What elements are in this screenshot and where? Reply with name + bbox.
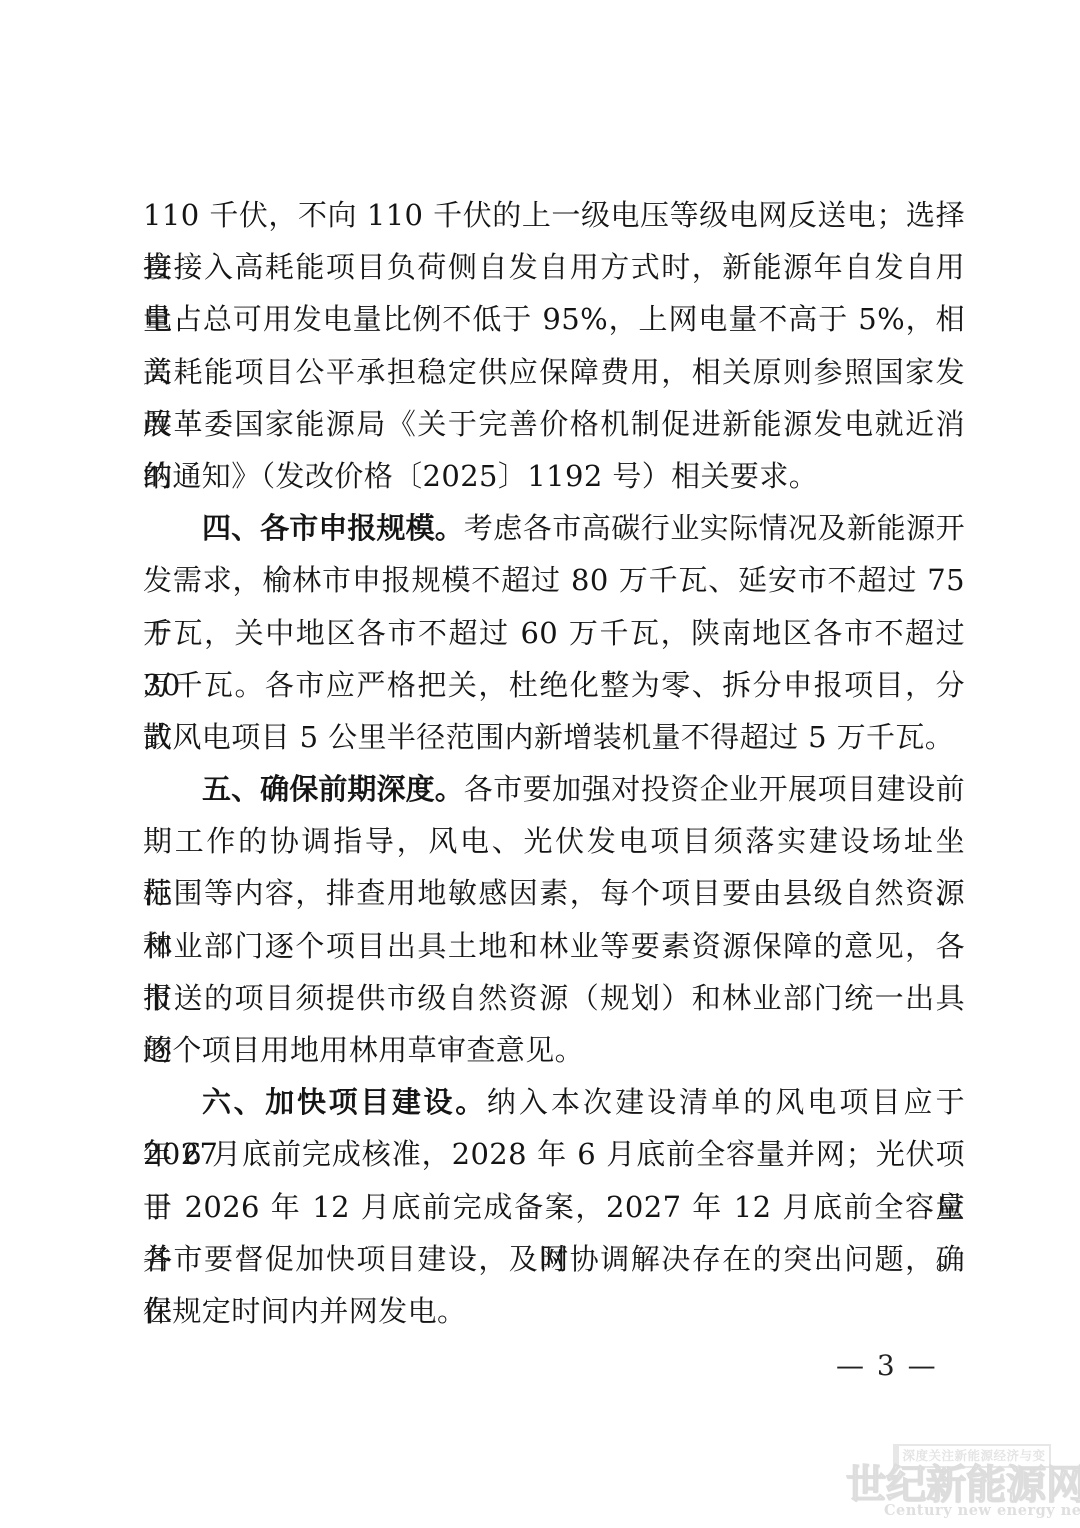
body-text: 各市要加强对投资企业开展项目建设前 [464, 772, 965, 806]
document-page: 110 千伏，不向 110 千伏的上一级电压等级电网反送电；选择直 接接入高耗能… [0, 0, 1080, 1528]
watermark-subtitle: Century new energy network [884, 1502, 1080, 1520]
body-line: 万千瓦。各市应严格把关，杜绝化整为零、拆分申报项目，分散 [143, 659, 965, 711]
body-text: 逐个项目用地用林用草审查意见。 [143, 1033, 584, 1067]
body-line-section-4: 四、各市申报规模。考虑各市高碳行业实际情况及新能源开 [143, 502, 965, 554]
body-line: 林业部门逐个项目出具土地和林业等要素资源保障的意见，各市 [143, 920, 965, 972]
body-line: 于 2026 年 12 月底前完成备案，2027 年 12 月底前全容量并网。 [143, 1181, 965, 1233]
body-line: 在规定时间内并网发电。 [143, 1285, 965, 1337]
body-line: 各市要督促加快项目建设，及时协调解决存在的突出问题，确保 [143, 1233, 965, 1285]
body-text: 式风电项目 5 公里半径范围内新增装机量不得超过 5 万千瓦。 [143, 720, 954, 754]
body-text: 考虑各市高碳行业实际情况及新能源开 [464, 511, 965, 545]
section-heading: 五、确保前期深度。 [202, 772, 464, 806]
section-heading: 四、各市申报规模。 [202, 511, 464, 545]
body-text: 的通知》（发改价格〔2025〕1192 号）相关要求。 [143, 459, 818, 493]
section-heading: 六、加快项目建设。 [202, 1085, 487, 1119]
body-line: 报送的项目须提供市级自然资源（规划）和林业部门统一出具的 [143, 972, 965, 1024]
body-line: 发需求，榆林市申报规模不超过 80 万千瓦、延安市不超过 75 万 [143, 554, 965, 606]
body-text: 在规定时间内并网发电。 [143, 1294, 466, 1328]
body-line: 逐个项目用地用林用草审查意见。 [143, 1024, 965, 1076]
body-line: 年 6 月底前完成核准，2028 年 6 月底前全容量并网；光伏项目应 [143, 1128, 965, 1180]
body-line: 千瓦，关中地区各市不超过 60 万千瓦，陕南地区各市不超过 30 [143, 607, 965, 659]
document-body: 110 千伏，不向 110 千伏的上一级电压等级电网反送电；选择直 接接入高耗能… [143, 189, 965, 1337]
body-line: 范围等内容，排查用地敏感因素，每个项目要由县级自然资源和 [143, 867, 965, 919]
body-line: 式风电项目 5 公里半径范围内新增装机量不得超过 5 万千瓦。 [143, 711, 965, 763]
body-line-section-6: 六、加快项目建设。纳入本次建设清单的风电项目应于 2027 [143, 1076, 965, 1128]
body-line: 期工作的协调指导，风电、光伏发电项目须落实建设场址坐标、 [143, 815, 965, 867]
page-number: — 3 — [836, 1340, 976, 1392]
watermark-slogan: 深度关注新能源经济与变革 [893, 1444, 1051, 1468]
body-line: 量占总可用发电量比例不低于 95%，上网电量不高于 5%，相关 [143, 293, 965, 345]
body-line: 的通知》（发改价格〔2025〕1192 号）相关要求。 [143, 450, 965, 502]
body-line: 110 千伏，不向 110 千伏的上一级电压等级电网反送电；选择直 [143, 189, 965, 241]
watermark-title: 世纪新能源网 [846, 1462, 1080, 1508]
body-line: 接接入高耗能项目负荷侧自发自用方式时，新能源年自发自用电 [143, 241, 965, 293]
body-line: 改革委国家能源局《关于完善价格机制促进新能源发电就近消纳 [143, 398, 965, 450]
body-line-section-5: 五、确保前期深度。各市要加强对投资企业开展项目建设前 [143, 763, 965, 815]
body-line: 高耗能项目公平承担稳定供应保障费用，相关原则参照国家发展 [143, 346, 965, 398]
